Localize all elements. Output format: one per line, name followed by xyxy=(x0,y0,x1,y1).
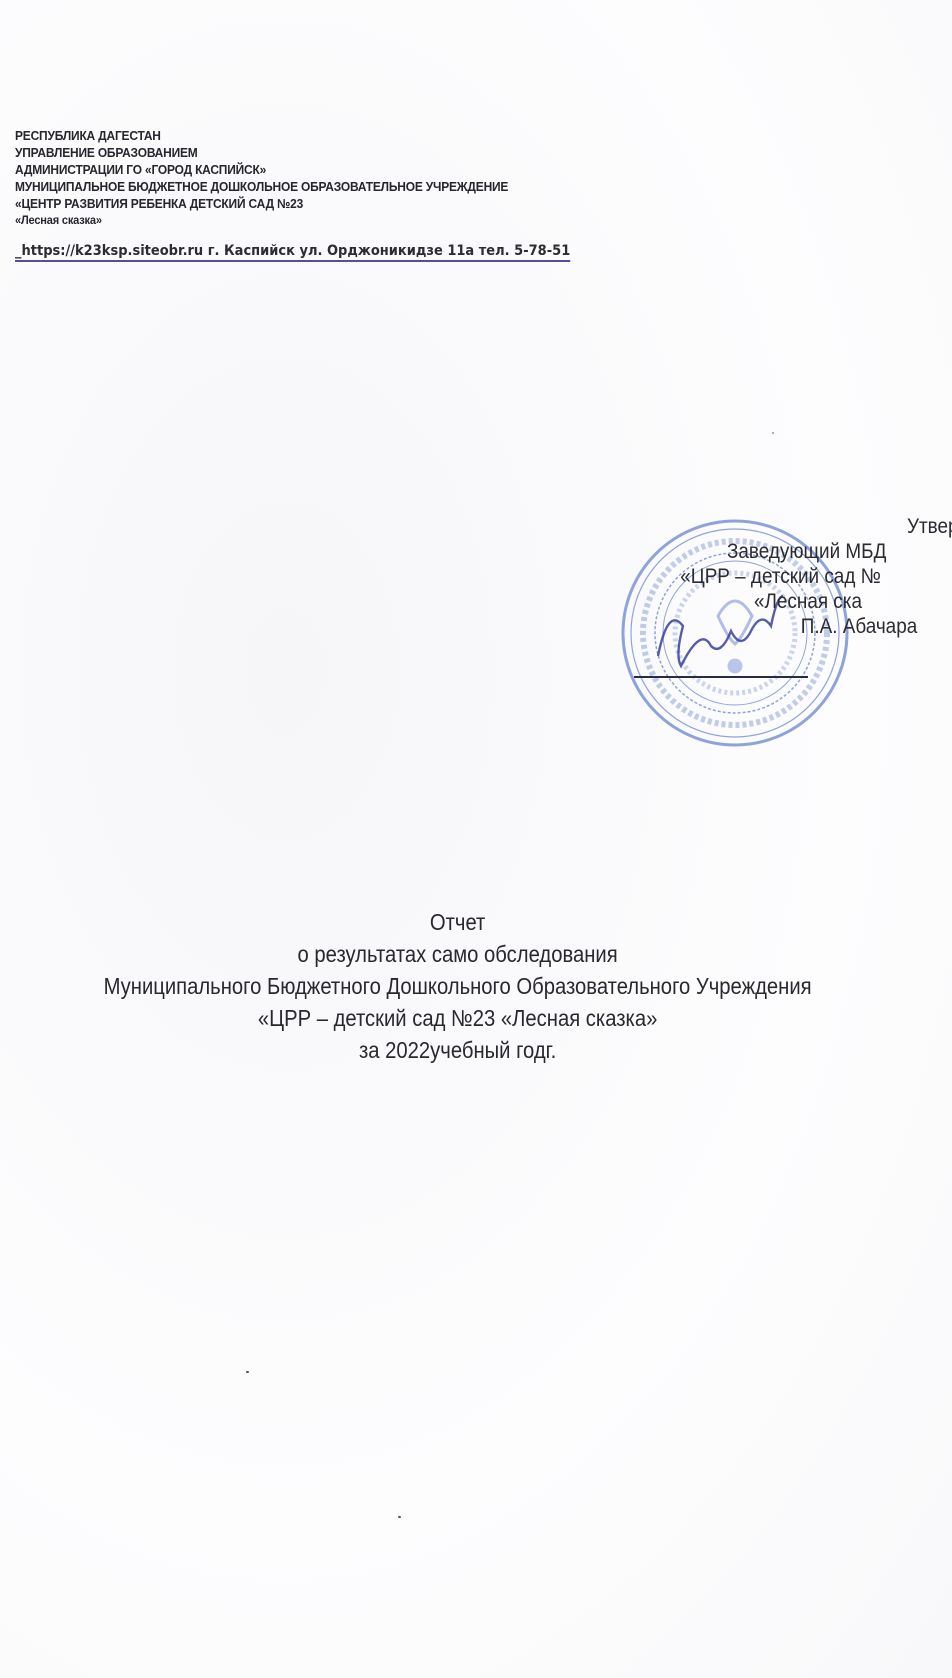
title-line: о результатах само обследования xyxy=(0,938,915,970)
letterhead-line: АДМИНИСТРАЦИИ ГО «ГОРОД КАСПИЙСК» xyxy=(15,161,659,178)
document-page: РЕСПУБЛИКА ДАГЕСТАН УПРАВЛЕНИЕ ОБРАЗОВАН… xyxy=(0,0,952,1678)
approval-position: Заведующий МБД xyxy=(700,539,952,564)
letterhead-line: «Лесная сказка» xyxy=(15,212,659,229)
signature-line xyxy=(634,676,808,678)
scan-speck xyxy=(398,1516,401,1518)
letterhead: РЕСПУБЛИКА ДАГЕСТАН УПРАВЛЕНИЕ ОБРАЗОВАН… xyxy=(15,127,715,229)
report-title: Отчет о результатах само обследования Му… xyxy=(0,906,915,1066)
letterhead-line: МУНИЦИПАЛЬНОЕ БЮДЖЕТНОЕ ДОШКОЛЬНОЕ ОБРАЗ… xyxy=(15,178,659,195)
title-line: «ЦРР – детский сад №23 «Лесная сказка» xyxy=(0,1002,915,1034)
title-line: Отчет xyxy=(0,906,915,938)
letterhead-line: РЕСПУБЛИКА ДАГЕСТАН xyxy=(15,127,659,144)
title-line: за 2022учебный годг. xyxy=(0,1034,915,1066)
letterhead-line: «ЦЕНТР РАЗВИТИЯ РЕБЕНКА ДЕТСКИЙ САД №23 xyxy=(15,195,659,212)
approval-signatory: П.А. Абачара xyxy=(700,614,952,639)
letterhead-line: УПРАВЛЕНИЕ ОБРАЗОВАНИЕМ xyxy=(15,144,659,161)
approval-org: «ЦРР – детский сад № xyxy=(680,564,952,589)
title-line: Муниципального Бюджетного Дошкольного Об… xyxy=(0,970,915,1002)
approval-block: Утвержд Заведующий МБД «ЦРР – детский са… xyxy=(700,514,952,639)
approval-org-name: «Лесная ска xyxy=(700,589,952,614)
scan-speck xyxy=(246,1371,249,1373)
scan-speck xyxy=(772,432,774,434)
contact-address-line: _https://k23ksp.siteobr.ru г. Каспийск у… xyxy=(15,243,570,262)
approval-heading: Утвержд xyxy=(700,514,952,539)
